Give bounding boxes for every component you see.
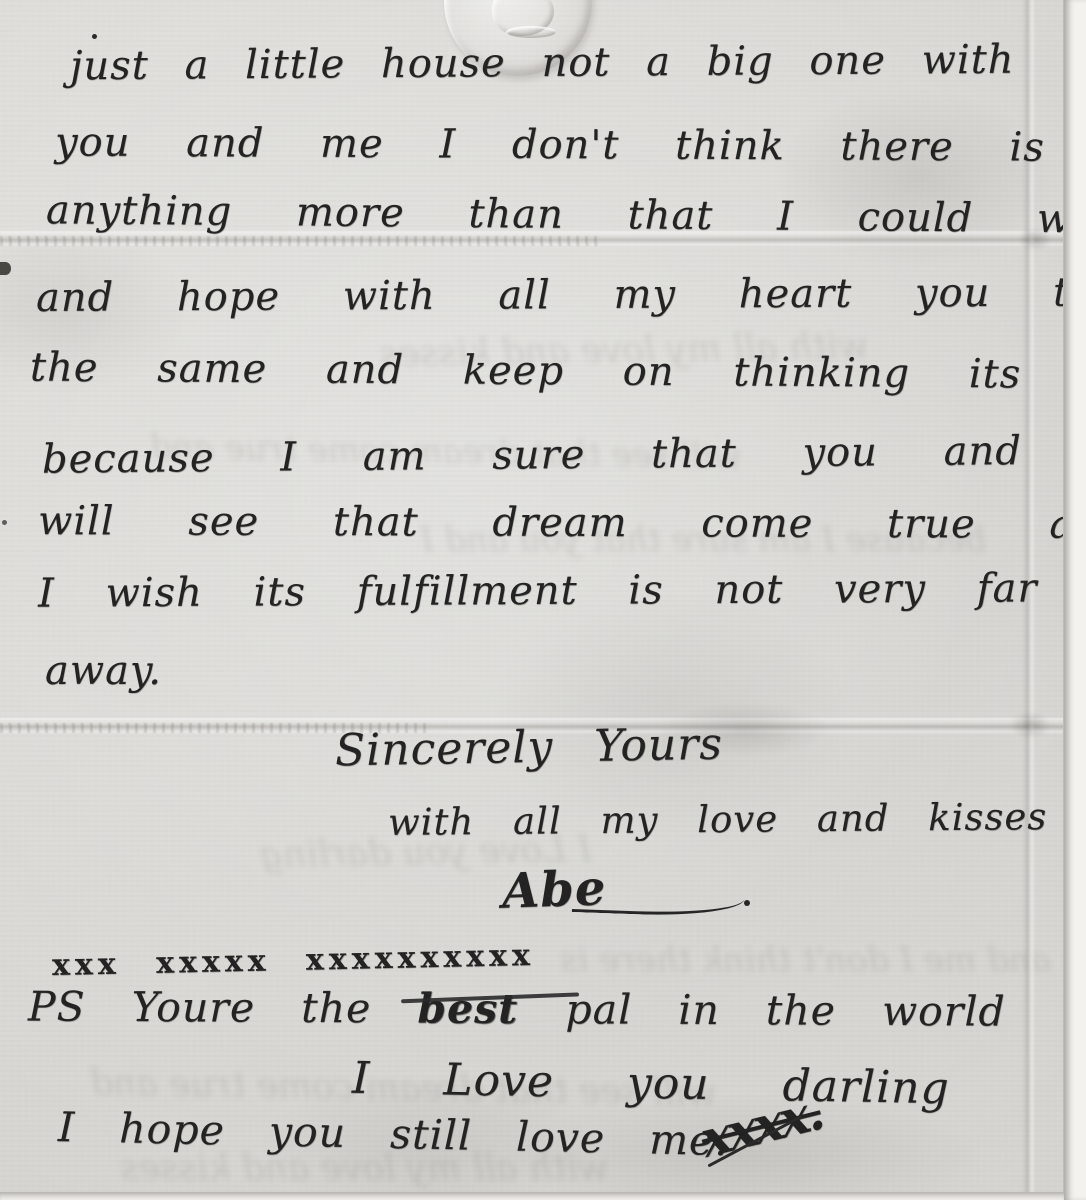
ps-word-emphasized: best	[417, 984, 565, 1033]
ink-speck	[2, 520, 7, 525]
ps-line: PS Youre the best pal in the world	[28, 982, 1006, 1035]
fold-crease-top-texture	[0, 236, 600, 246]
letter-line-4: and hope with all my heart you think	[36, 269, 1086, 321]
letter-scan: with all my love and kisses will see tha…	[0, 0, 1086, 1200]
ps-line-prefix: PS Youre the	[28, 982, 372, 1032]
signature-flourish-dot	[744, 900, 750, 906]
crease-shadow	[1010, 712, 1050, 738]
letter-line-2: you and me I don't think there is	[55, 119, 1045, 170]
letter-line-1: just a little house not a big one with	[70, 37, 1015, 90]
ps-line-suffix: pal in the world	[565, 985, 1006, 1035]
paper-edge-tear	[0, 262, 11, 275]
letter-line-9: away.	[45, 648, 162, 694]
scanner-margin-bottom	[0, 1192, 1064, 1200]
letter-line-6: because I am sure that you and I	[42, 427, 1086, 482]
closing-love-and-kisses: with all my love and kisses	[388, 795, 1048, 844]
letter-line-7: will see that dream come true and	[38, 498, 1086, 548]
ps-love-line: I Love you darling	[352, 1053, 951, 1114]
ps-word-emphasized-text: best	[417, 984, 518, 1033]
letter-line-3: anything more than that I could wish	[46, 187, 1086, 242]
closing-sincerely: Sincerely Yours	[335, 719, 724, 777]
letter-line-5: the same and keep on thinking its	[30, 345, 1022, 398]
scanner-margin-right	[1063, 0, 1086, 1200]
ink-speck	[92, 34, 97, 39]
seal-crest-detail	[506, 26, 556, 38]
letter-line-8: I wish its fulfillment is not very far	[38, 565, 1038, 616]
